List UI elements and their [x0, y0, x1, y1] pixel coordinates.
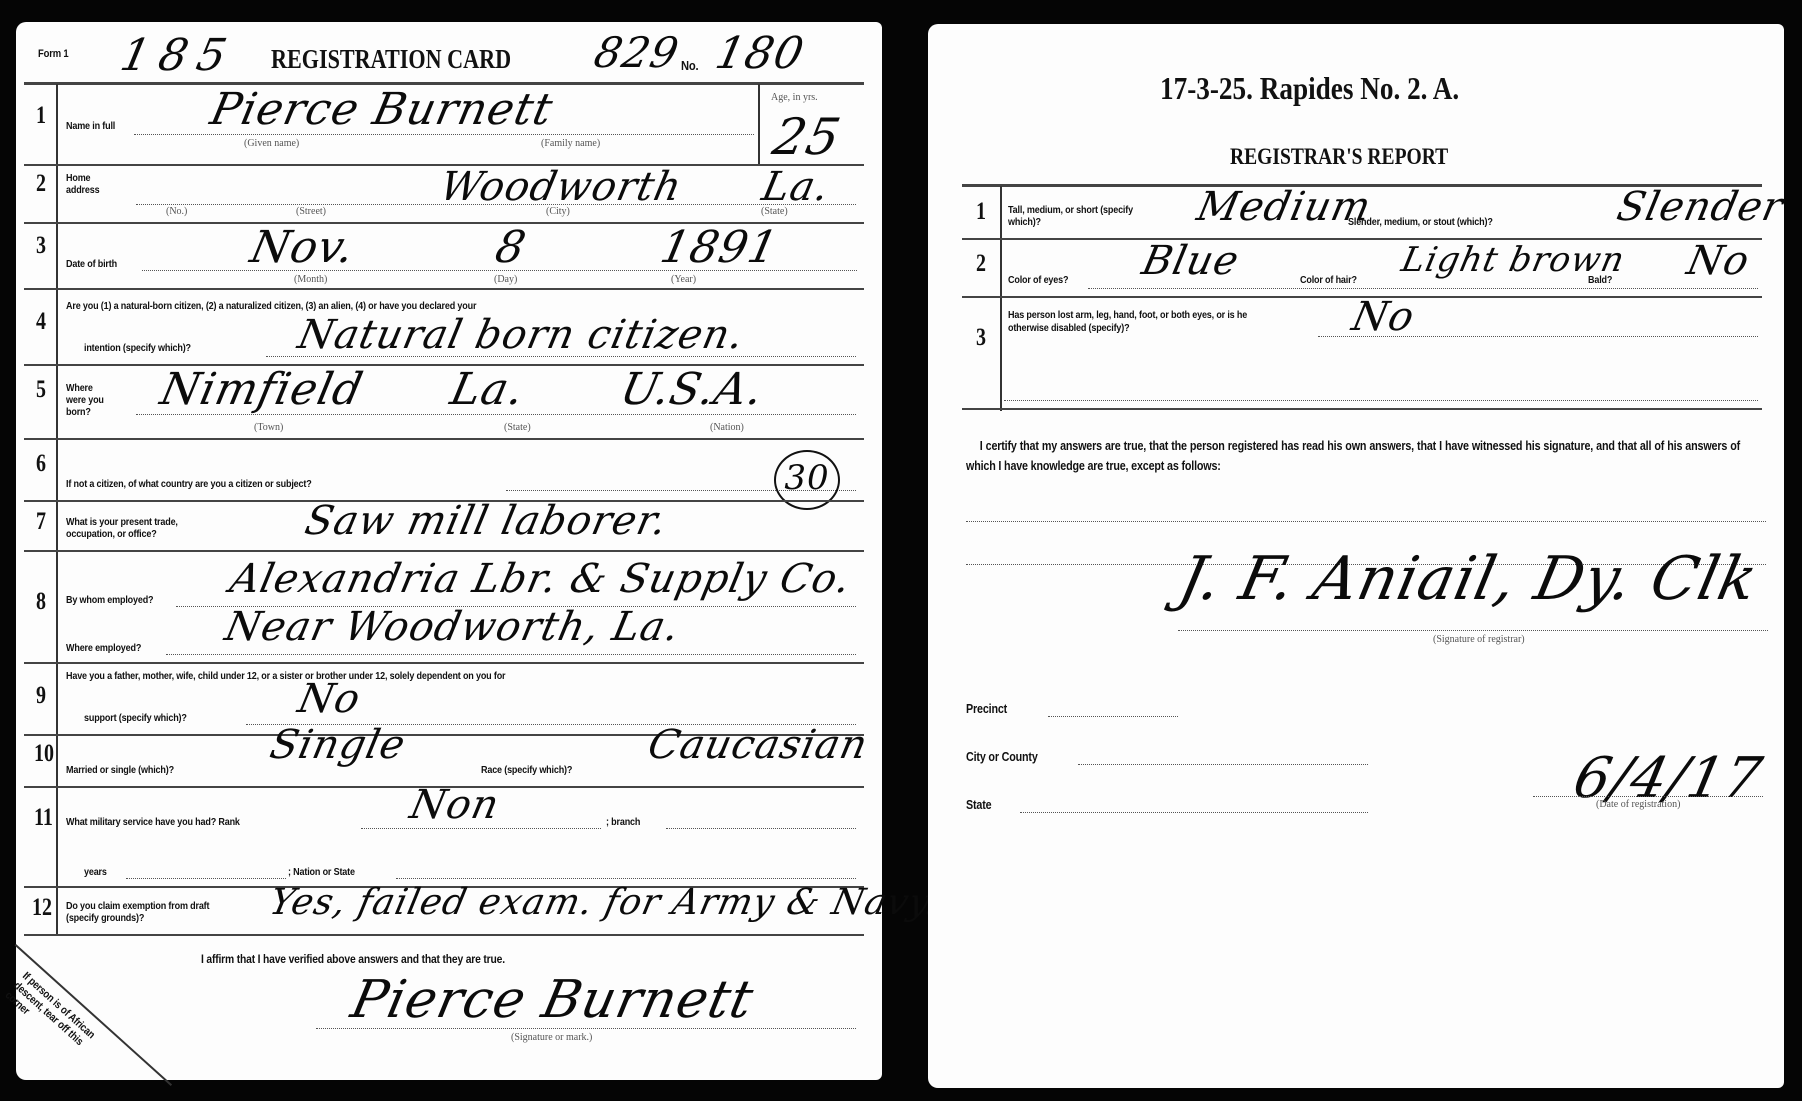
row-number: 12: [32, 894, 52, 922]
fill-line: [1533, 796, 1763, 797]
registration-card: Form 1 185 REGISTRATION CARD 829 No. 180…: [16, 22, 882, 1080]
caption: (No.): [166, 206, 187, 217]
state-label: State: [966, 798, 991, 812]
form-label: Form 1: [38, 48, 69, 60]
age-value: 25: [768, 108, 846, 166]
eye-color-value: Blue: [1138, 238, 1243, 284]
no-label: No.: [681, 58, 698, 73]
fill-line: [966, 521, 1766, 522]
employer-label: By whom employed?: [66, 594, 153, 606]
affirm-statement: I affirm that I have verified above answ…: [201, 952, 505, 966]
name-value: Pierce Burnett: [206, 84, 558, 135]
bald-value: No: [1683, 238, 1754, 284]
certification-statement: I certify that my answers are true, that…: [966, 436, 1740, 476]
fill-line: [1318, 336, 1758, 337]
caption: (Nation): [710, 422, 744, 433]
dependents-question: Have you a father, mother, wife, child u…: [66, 670, 505, 682]
exemption-value: Yes, failed exam. for Army & Navy.: [266, 882, 942, 923]
fill-line: [666, 828, 856, 829]
caption: (Town): [254, 422, 283, 433]
citizenship-value: Natural born citizen.: [294, 312, 749, 358]
branch-label: ; branch: [606, 816, 640, 828]
caption: (Given name): [244, 138, 299, 149]
row-number: 3: [36, 232, 46, 260]
registrar-signature-caption: (Signature of registrar): [1433, 634, 1525, 645]
divider: [962, 408, 1762, 410]
row-number: 7: [36, 508, 46, 536]
divider: [24, 550, 864, 552]
military-service-label: What military service have you had? Rank: [66, 816, 240, 828]
row-number: 1: [976, 198, 986, 226]
caption: (Street): [296, 206, 326, 217]
caption: (Family name): [541, 138, 600, 149]
fill-line: [1088, 288, 1758, 289]
race-label: Race (specify which)?: [481, 764, 572, 776]
years-label: years: [84, 866, 107, 878]
rank-value: Non: [406, 782, 504, 828]
birthplace-label: Where were you born?: [66, 382, 114, 418]
fill-line: [1178, 630, 1768, 631]
card-title: REGISTRATION CARD: [271, 44, 511, 75]
race-value: Caucasian: [644, 722, 872, 768]
fill-line: [126, 878, 286, 879]
registrars-report-card: 17-3-25. Rapides No. 2. A. REGISTRAR'S R…: [928, 24, 1784, 1088]
name-label: Name in full: [66, 120, 115, 132]
caption: (Month): [294, 274, 327, 285]
bald-label: Bald?: [1588, 274, 1612, 286]
city-county-label: City or County: [966, 750, 1038, 764]
build-label: Slender, medium, or stout (which)?: [1348, 216, 1493, 228]
caption: (Day): [494, 274, 517, 285]
home-address-label: Home address: [66, 172, 106, 196]
divider: [56, 84, 58, 936]
divider: [24, 164, 864, 166]
divider: [24, 934, 864, 936]
citizenship-question: Are you (1) a natural-born citizen, (2) …: [66, 300, 476, 312]
precinct-label: Precinct: [966, 702, 1007, 716]
divider: [962, 238, 1762, 240]
row-number: 2: [976, 250, 986, 278]
fill-line: [1048, 716, 1178, 717]
handwritten-order-number: 829: [590, 28, 684, 77]
employment-place-value: Near Woodworth, La.: [221, 604, 684, 650]
foreign-citizenship-question: If not a citizen, of what country are yo…: [66, 478, 312, 490]
birth-town: Nimfield: [156, 364, 368, 415]
signature-caption: (Signature or mark.): [511, 1032, 592, 1043]
divider: [1000, 186, 1002, 411]
registrar-signature: J. F. Aniail, Dy. Clk: [1173, 544, 1764, 614]
row-number: 2: [36, 170, 46, 198]
build-value: Slender: [1613, 184, 1788, 230]
dob-year: 1891: [656, 222, 783, 273]
row-number: 8: [36, 588, 46, 616]
dob-month: Nov.: [246, 222, 359, 273]
hair-color-label: Color of hair?: [1300, 274, 1357, 286]
row-number: 6: [36, 450, 46, 478]
card-number: 180: [711, 28, 809, 79]
birth-nation: U.S.A.: [616, 364, 768, 415]
row-number: 5: [36, 376, 46, 404]
employment-place-label: Where employed?: [66, 642, 141, 654]
date-caption: (Date of registration): [1596, 799, 1680, 810]
marital-status-label: Married or single (which)?: [66, 764, 174, 776]
fill-line: [316, 1028, 856, 1029]
fill-line: [1004, 400, 1758, 401]
disability-value: No: [1348, 294, 1419, 340]
citizenship-question-2: intention (specify which)?: [84, 342, 191, 354]
dependents-question-2: support (specify which)?: [84, 712, 187, 724]
nation-label: ; Nation or State: [288, 866, 355, 878]
age-label: Age, in yrs.: [771, 92, 818, 103]
divider: [24, 288, 864, 290]
caption: (Year): [671, 274, 696, 285]
row-number: 10: [34, 740, 54, 768]
divider: [24, 438, 864, 440]
occupation-value: Saw mill laborer.: [301, 498, 672, 544]
marital-status-value: Single: [266, 722, 410, 768]
caption: (City): [546, 206, 570, 217]
caption: (State): [504, 422, 531, 433]
exemption-label: Do you claim exemption from draft (speci…: [66, 900, 221, 924]
fill-line: [1078, 764, 1368, 765]
state-value: La.: [758, 164, 834, 210]
fill-line: [396, 878, 856, 879]
divider: [24, 662, 864, 664]
row-number: 3: [976, 324, 986, 352]
employer-value: Alexandria Lbr. & Supply Co.: [226, 556, 855, 602]
report-title: REGISTRAR'S REPORT: [1230, 144, 1448, 170]
height-label: Tall, medium, or short (specify which)?: [1008, 204, 1159, 228]
divider: [758, 84, 760, 164]
fill-line: [361, 828, 601, 829]
row-number: 1: [36, 102, 46, 130]
dependents-value: No: [294, 676, 365, 722]
stamp: 17-3-25. Rapides No. 2. A.: [1160, 70, 1459, 107]
city-value: Woodworth: [436, 164, 686, 210]
eye-color-label: Color of eyes?: [1008, 274, 1068, 286]
row-number: 4: [36, 308, 46, 336]
dob-label: Date of birth: [66, 258, 117, 270]
row-number: 9: [36, 682, 46, 710]
disability-label: Has person lost arm, leg, hand, foot, or…: [1008, 309, 1275, 335]
fill-line: [1020, 812, 1368, 813]
caption: (State): [761, 206, 788, 217]
occupation-label: What is your present trade, occupation, …: [66, 516, 212, 540]
corner-instruction: If person is of African descent, tear of…: [2, 970, 105, 1068]
birth-state: La.: [446, 364, 529, 415]
fill-line: [166, 654, 856, 655]
handwritten-serial: 185: [116, 30, 241, 81]
dob-day: 8: [491, 222, 531, 273]
row-number: 11: [34, 804, 53, 832]
registrant-signature: Pierce Burnett: [346, 970, 759, 1030]
